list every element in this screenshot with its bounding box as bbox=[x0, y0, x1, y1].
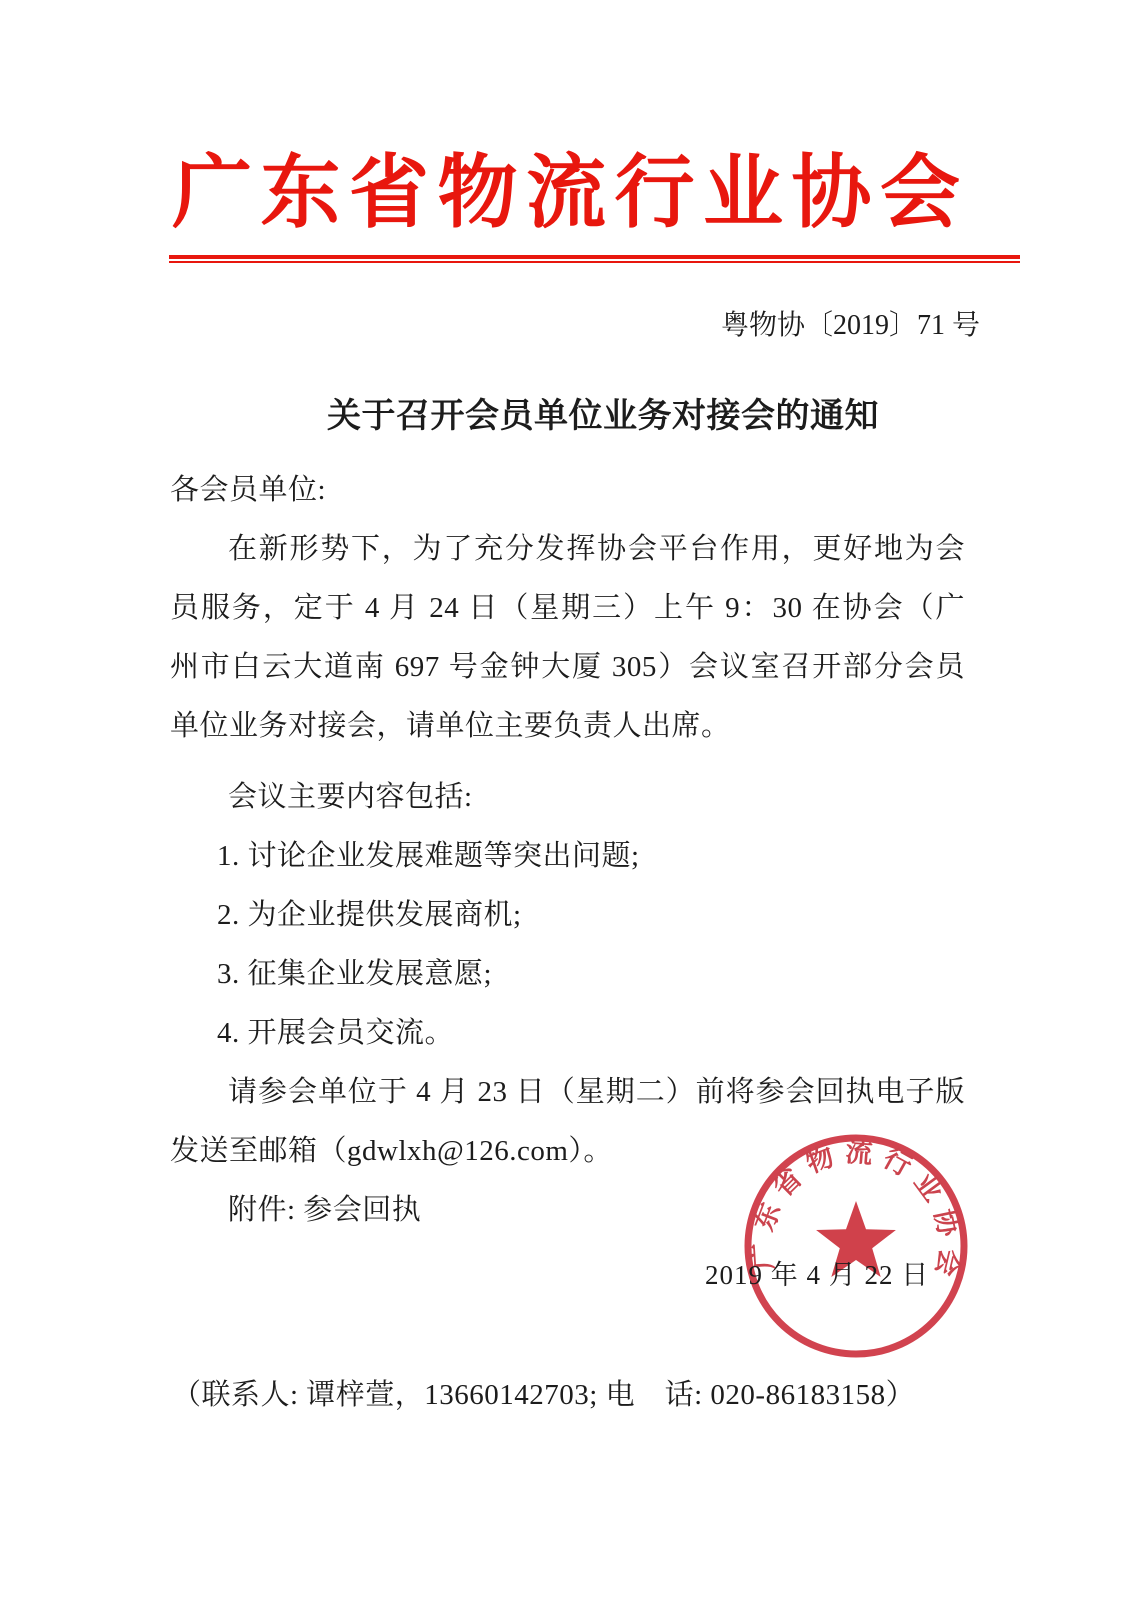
body-salutation: 各会员单位: bbox=[170, 461, 965, 520]
doc-number: 粤物协〔2019〕71 号 bbox=[170, 303, 980, 343]
notice-title: 关于召开会员单位业务对接会的通知 bbox=[327, 388, 879, 437]
agenda-heading: 会议主要内容包括: bbox=[170, 768, 965, 827]
issue-date: 2019 年 4 月 22 日 bbox=[705, 1253, 929, 1292]
para1-line1: 在新形势下，为了充分发挥协会平台作用，更好地为会 bbox=[170, 520, 965, 579]
org-name-header: 广东省物流行业协会 bbox=[172, 148, 969, 240]
document-page: 广东省物流行业协会 粤物协〔2019〕71 号 关于召开会员单位业务对接会的通知… bbox=[0, 0, 1131, 1600]
agenda-item-3: 3. 征集企业发展意愿; bbox=[170, 945, 965, 1004]
header-rule-divider bbox=[169, 255, 1020, 263]
para1-line2: 员服务，定于 4 月 24 日（星期三）上午 9：30 在协会（广 bbox=[170, 579, 965, 638]
para1-line3: 州市白云大道南 697 号金钟大厦 305）会议室召开部分会员 bbox=[170, 638, 965, 697]
para1-line4: 单位业务对接会，请单位主要负责人出席。 bbox=[170, 697, 965, 756]
official-seal-stamp: 广东省物流行业协会 bbox=[721, 1111, 991, 1381]
agenda-item-1: 1. 讨论企业发展难题等突出问题; bbox=[170, 827, 965, 886]
agenda-item-4: 4. 开展会员交流。 bbox=[170, 1004, 965, 1063]
agenda-item-2: 2. 为企业提供发展商机; bbox=[170, 886, 965, 945]
